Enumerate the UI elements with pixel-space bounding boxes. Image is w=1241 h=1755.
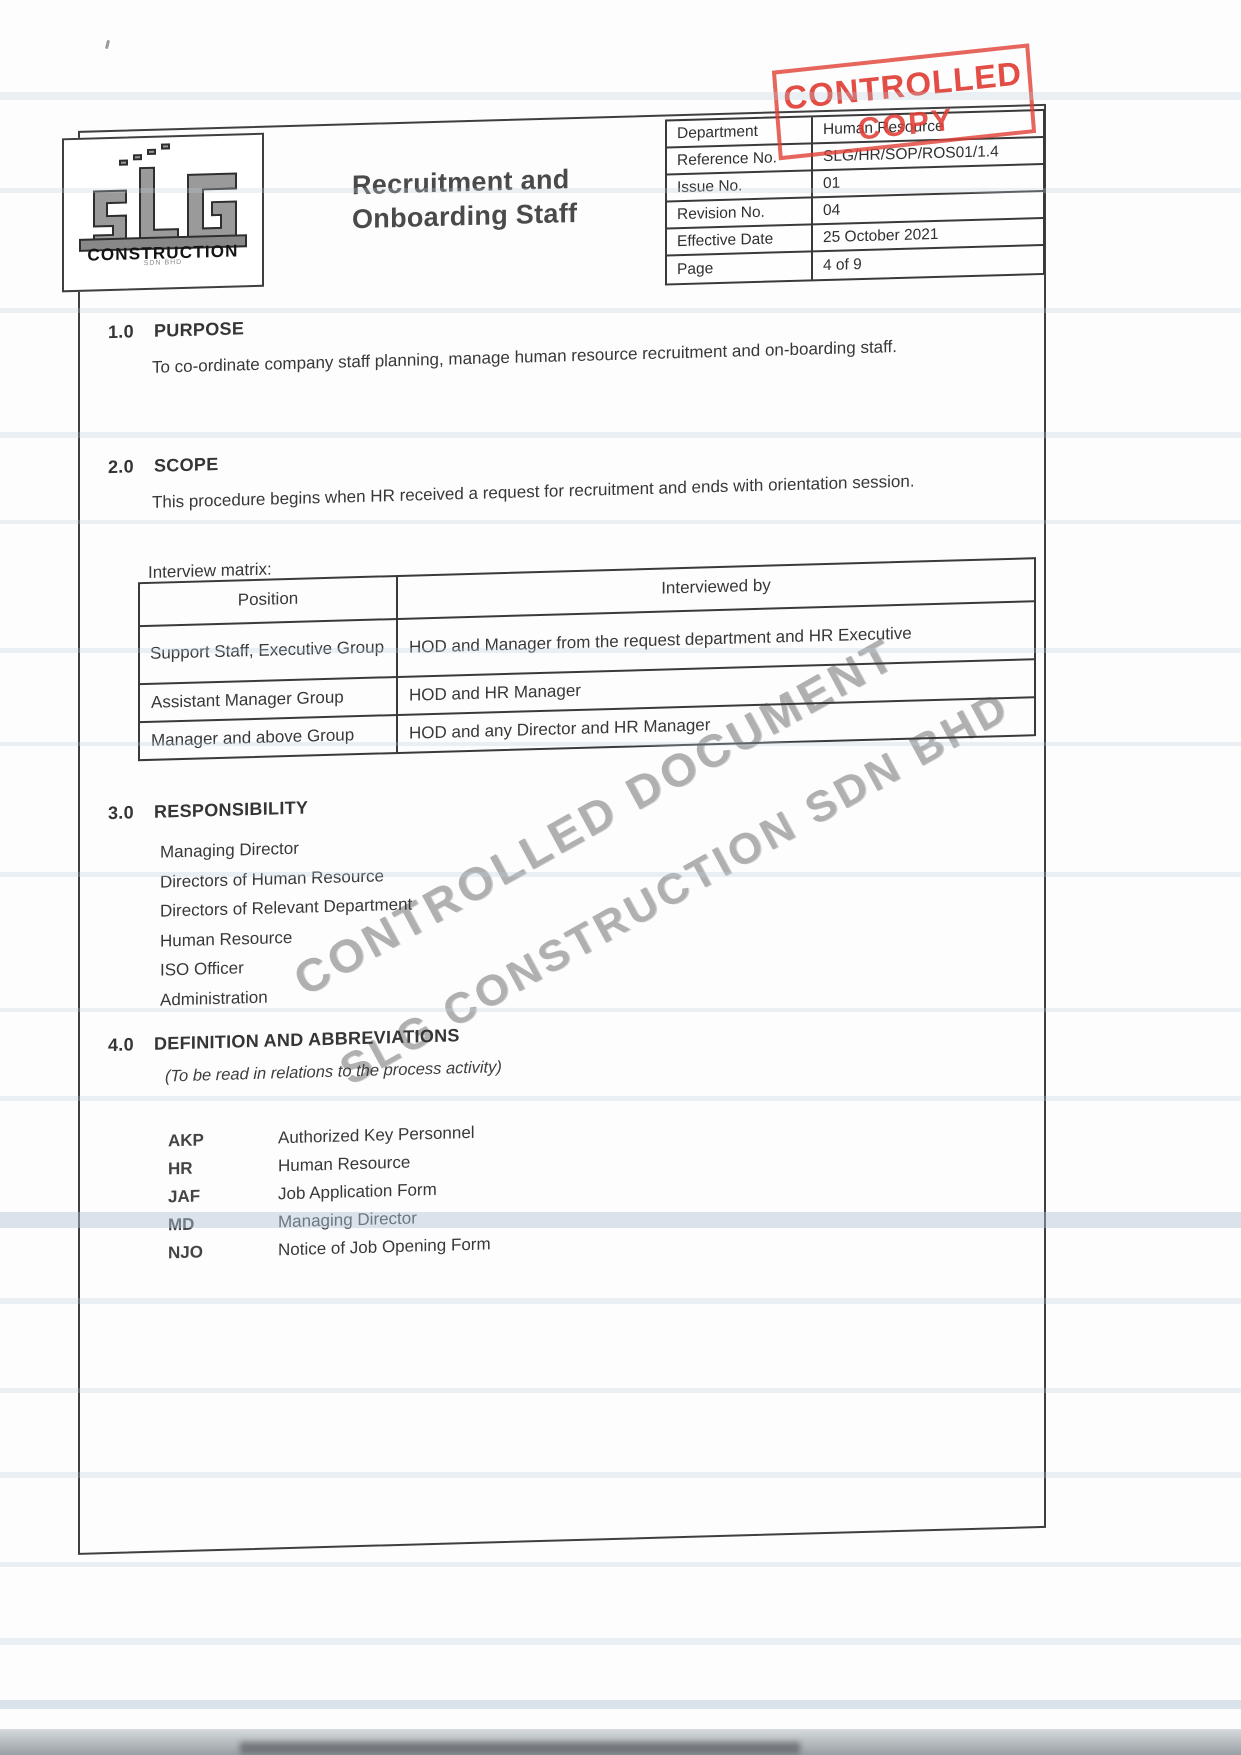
- abbreviation-definition: Notice of Job Opening Form: [278, 1230, 491, 1264]
- document-content: CONSTRUCTION SDN BHD Recruitment and Onb…: [0, 0, 1241, 1755]
- abbreviation-key: JAF: [168, 1180, 278, 1211]
- document-title: Recruitment and Onboarding Staff: [352, 161, 602, 236]
- matrix-row-position: Manager and above Group: [140, 716, 398, 759]
- abbreviation-list: AKP Authorized Key Personnel HR Human Re…: [168, 1118, 491, 1267]
- slg-logo-icon: CONSTRUCTION: [68, 135, 258, 262]
- section-number: 3.0: [108, 802, 154, 824]
- meta-label: Effective Date: [667, 225, 813, 256]
- section-number: 2.0: [108, 456, 154, 478]
- meta-label: Issue No.: [667, 171, 813, 202]
- matrix-row-position: Support Staff, Executive Group: [140, 620, 398, 685]
- section-number: 4.0: [108, 1034, 154, 1056]
- section-heading-responsibility: 3.0 RESPONSIBILITY: [108, 797, 308, 824]
- section-number: 1.0: [108, 321, 154, 343]
- meta-label: Revision No.: [667, 198, 813, 229]
- responsibility-list: Managing Director Directors of Human Res…: [160, 831, 412, 1015]
- matrix-header-position: Position: [140, 577, 398, 627]
- meta-value: 4 of 9: [813, 246, 1043, 279]
- abbreviation-definition: Human Resource: [278, 1149, 410, 1181]
- meta-label: Page: [667, 252, 813, 283]
- company-logo: CONSTRUCTION SDN BHD: [62, 133, 264, 293]
- responsibility-item: Administration: [160, 978, 412, 1015]
- section-title: PURPOSE: [154, 318, 244, 342]
- section-title: SCOPE: [154, 454, 219, 477]
- abbreviation-key: MD: [168, 1208, 278, 1239]
- abbreviation-definition: Job Application Form: [278, 1176, 437, 1208]
- section-title: RESPONSIBILITY: [154, 797, 308, 822]
- section-heading-definitions: 4.0 DEFINITION AND ABBREVIATIONS: [108, 1025, 460, 1056]
- abbreviation-key: NJO: [168, 1236, 278, 1267]
- logo-suffix-text: SDN BHD: [144, 259, 183, 267]
- interview-matrix-table: Position Interviewed by Support Staff, E…: [138, 557, 1036, 761]
- scanned-page: CONTROLLED DOCUMENT SLG CONSTRUCTION SDN…: [0, 0, 1241, 1755]
- abbreviation-definition: Managing Director: [278, 1204, 417, 1236]
- abbreviation-key: HR: [168, 1152, 278, 1183]
- abbreviation-key: AKP: [168, 1124, 278, 1155]
- abbreviation-definition: Authorized Key Personnel: [278, 1119, 475, 1152]
- section-title: DEFINITION AND ABBREVIATIONS: [154, 1025, 460, 1055]
- scope-paragraph: This procedure begins when HR received a…: [152, 464, 1014, 518]
- section-heading-purpose: 1.0 PURPOSE: [108, 318, 244, 343]
- section-heading-scope: 2.0 SCOPE: [108, 454, 219, 478]
- purpose-paragraph: To co-ordinate company staff planning, m…: [152, 330, 962, 383]
- matrix-position-text: Support Staff, Executive Group: [150, 630, 384, 671]
- definitions-note: (To be read in relations to the process …: [165, 1058, 502, 1086]
